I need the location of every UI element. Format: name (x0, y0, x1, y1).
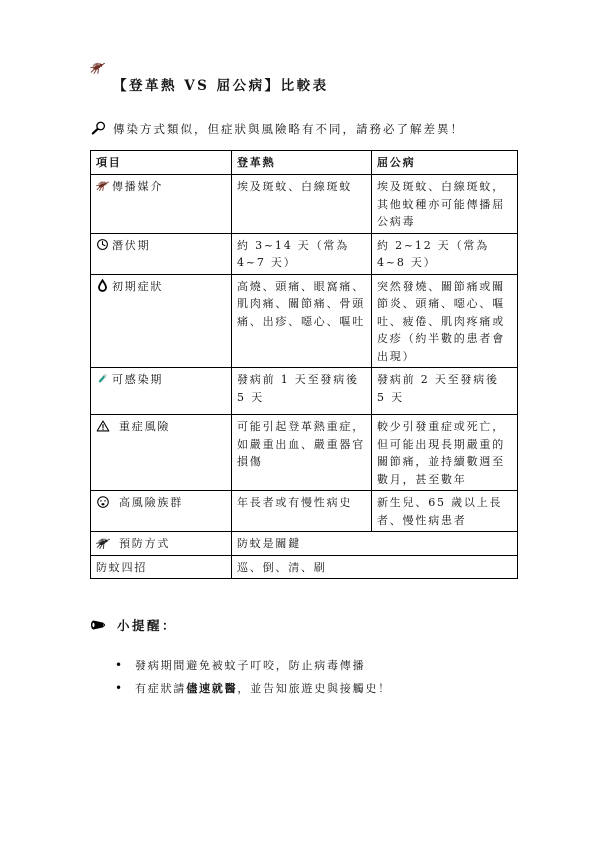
row-label: 高風險族群 (119, 494, 183, 512)
reminder-list: 發病期間避免被蚊子叮咬，防止病毒傳播 有症狀請儘速就醫，並告知旅遊史與接觸史！ (90, 654, 517, 700)
row-label: 潛伏期 (112, 237, 150, 255)
table-row-transmission: 傳播媒介 埃及斑蚊、白線斑蚊 埃及斑蚊、白線斑蚊，其他蚊種亦可能傳播屈公病毒 (91, 175, 518, 234)
row-label: 初期症狀 (112, 278, 163, 296)
title-block: 【登革熱 VS 屈公病】比較表 (90, 62, 517, 94)
page-title: 【登革熱 VS 屈公病】比較表 (113, 74, 329, 94)
warning-icon (96, 419, 110, 433)
comparison-table: 項目 登革熱 屈公病 傳播媒介 埃及斑蚊、白線斑蚊 埃及斑蚊、白線斑蚊，其他蚊種… (90, 150, 518, 579)
header-dengue: 登革熱 (232, 151, 372, 175)
face-icon (96, 495, 110, 509)
cell-chikungunya: 較少引發重症或死亡，但可能出現長期嚴重的關節痛，並持續數週至數月，甚至數年 (372, 415, 518, 491)
cell-chikungunya: 突然發燒、關節痛或關節炎、頭痛、噁心、嘔吐、疲倦、肌肉疼痛或皮疹（約半數的患者會… (372, 274, 518, 368)
megaphone-icon (90, 618, 108, 632)
mosquito-outline-icon (96, 536, 110, 550)
row-label: 可感染期 (112, 371, 163, 389)
mosquito-icon (90, 60, 105, 75)
reminder-text-bold: 儘速就醫 (186, 682, 237, 695)
cell-dengue: 約 3~14 天（常為 4~7 天） (232, 233, 372, 274)
row-label: 重症風險 (119, 418, 170, 436)
subtitle-block: 傳染方式類似，但症狀與風險略有不同，請務必了解差異！ (90, 120, 517, 137)
cell-chikungunya: 新生兒、65 歲以上長者、慢性病患者 (372, 491, 518, 532)
cell-dengue: 年長者或有慢性病史 (232, 491, 372, 532)
reminder-text-prefix: 有症狀請 (135, 682, 186, 695)
magnifier-icon (90, 120, 107, 137)
reminder-heading: 小提醒： (117, 616, 177, 634)
table-row-symptoms: 初期症狀 高燒、頭痛、眼窩痛、肌肉痛、關節痛、骨頭痛、出疹、噁心、嘔吐 突然發燒… (91, 274, 518, 368)
table-row-prevention: 預防方式 防蚊是關鍵 (91, 532, 518, 556)
reminder-item: 有症狀請儘速就醫，並告知旅遊史與接觸史！ (90, 677, 517, 700)
cell-dengue: 可能引起登革熱重症，如嚴重出血、嚴重器官損傷 (232, 415, 372, 491)
cell-dengue: 高燒、頭痛、眼窩痛、肌肉痛、關節痛、骨頭痛、出疹、噁心、嘔吐 (232, 274, 372, 368)
header-chikungunya: 屈公病 (372, 151, 518, 175)
cell-merged-value: 巡、倒、清、刷 (232, 555, 518, 579)
test-tube-icon (96, 372, 109, 385)
cell-merged-value: 防蚊是關鍵 (232, 532, 518, 556)
table-row-four-steps: 防蚊四招 巡、倒、清、刷 (91, 555, 518, 579)
cell-dengue: 埃及斑蚊、白線斑蚊 (232, 175, 372, 234)
cell-chikungunya: 約 2~12 天（常為 4~8 天） (372, 233, 518, 274)
header-item: 項目 (91, 151, 232, 175)
reminder-item: 發病期間避免被蚊子叮咬，防止病毒傳播 (90, 654, 517, 677)
cell-chikungunya: 發病前 2 天至發病後 5 天 (372, 368, 518, 415)
table-header-row: 項目 登革熱 屈公病 (91, 151, 518, 175)
document-page: 【登革熱 VS 屈公病】比較表 傳染方式類似，但症狀與風險略有不同，請務必了解差… (0, 0, 600, 849)
clock-icon (96, 238, 109, 251)
table-row-severe-risk: 重症風險 可能引起登革熱重症，如嚴重出血、嚴重器官損傷 較少引發重症或死亡，但可… (91, 415, 518, 491)
reminder-block: 小提醒： (90, 616, 517, 634)
reminder-text-suffix: ，並告知旅遊史與接觸史！ (237, 682, 391, 695)
page-subtitle: 傳染方式類似，但症狀與風險略有不同，請務必了解差異！ (113, 121, 464, 137)
table-row-infectious-period: 可感染期 發病前 1 天至發病後 5 天 發病前 2 天至發病後 5 天 (91, 368, 518, 415)
droplet-icon (96, 279, 109, 292)
row-label: 防蚊四招 (96, 559, 147, 577)
page-content: 【登革熱 VS 屈公病】比較表 傳染方式類似，但症狀與風險略有不同，請務必了解差… (90, 0, 517, 700)
table-row-high-risk-group: 高風險族群 年長者或有慢性病史 新生兒、65 歲以上長者、慢性病患者 (91, 491, 518, 532)
row-label: 傳播媒介 (112, 178, 163, 196)
mosquito-icon (96, 179, 109, 192)
reminder-text: 發病期間避免被蚊子叮咬，防止病毒傳播 (135, 659, 365, 672)
table-row-incubation: 潛伏期 約 3~14 天（常為 4~7 天） 約 2~12 天（常為 4~8 天… (91, 233, 518, 274)
cell-dengue: 發病前 1 天至發病後 5 天 (232, 368, 372, 415)
cell-chikungunya: 埃及斑蚊、白線斑蚊，其他蚊種亦可能傳播屈公病毒 (372, 175, 518, 234)
row-label: 預防方式 (119, 535, 170, 553)
